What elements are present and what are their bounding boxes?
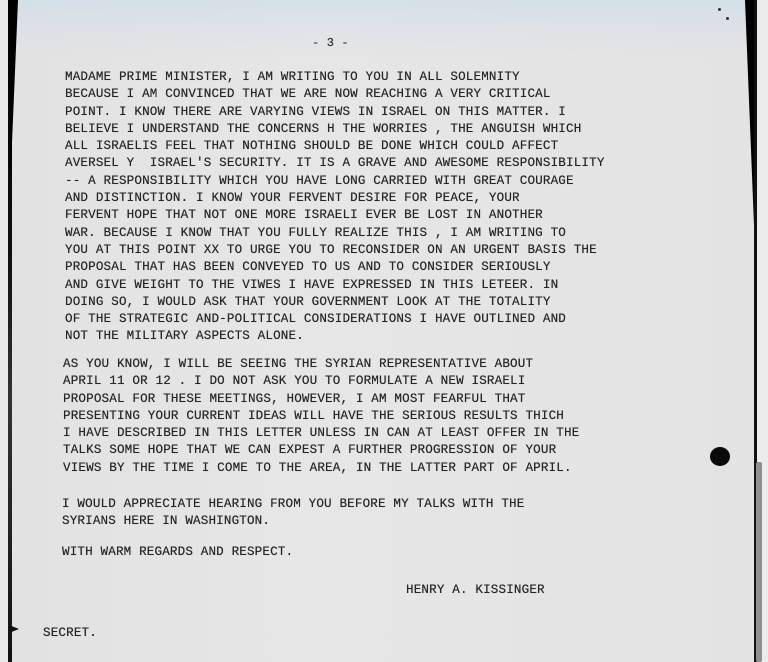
scan-speck xyxy=(718,8,721,11)
text-line: PRESENTING YOUR CURRENT IDEAS WILL HAVE … xyxy=(63,408,579,425)
text-line: WAR. BECAUSE I KNOW THAT YOU FULLY REALI… xyxy=(65,225,605,242)
text-line: BELIEVE I UNDERSTAND THE CONCERNS H THE … xyxy=(65,121,605,138)
text-line: -- A RESPONSIBILITY WHICH YOU HAVE LONG … xyxy=(65,173,605,190)
paragraph-3: I WOULD APPRECIATE HEARING FROM YOU BEFO… xyxy=(62,496,524,531)
hole-punch-mark xyxy=(710,447,730,466)
text-line: AND GIVE WEIGHT TO THE VIWES I HAVE EXPR… xyxy=(65,277,605,294)
paragraph-2: AS YOU KNOW, I WILL BE SEEING THE SYRIAN… xyxy=(63,356,579,477)
margin-tick-mark xyxy=(9,625,19,633)
scrollbar-thumb[interactable] xyxy=(756,462,762,662)
text-line: AND DISTINCTION. I KNOW YOUR FERVENT DES… xyxy=(65,190,605,207)
text-line: PROPOSAL FOR THESE MEETINGS, HOWEVER, I … xyxy=(63,391,579,408)
text-line: FERVENT HOPE THAT NOT ONE MORE ISRAELI E… xyxy=(65,207,605,224)
text-line: MADAME PRIME MINISTER, I AM WRITING TO Y… xyxy=(65,69,605,86)
text-line: APRIL 11 OR 12 . I DO NOT ASK YOU TO FOR… xyxy=(63,373,579,390)
text-line: SYRIANS HERE IN WASHINGTON. xyxy=(62,513,524,530)
text-line: I HAVE DESCRIBED IN THIS LETTER UNLESS I… xyxy=(63,425,579,442)
text-line: PROPOSAL THAT HAS BEEN CONVEYED TO US AN… xyxy=(65,259,605,276)
text-line: AS YOU KNOW, I WILL BE SEEING THE SYRIAN… xyxy=(63,356,579,373)
classification-marking: SECRET. xyxy=(43,626,97,640)
text-line: AVERSEL Y ISRAEL'S SECURITY. IT IS A GRA… xyxy=(65,155,605,172)
text-line: BECAUSE I AM CONVINCED THAT WE ARE NOW R… xyxy=(65,86,605,103)
closing-line: WITH WARM REGARDS AND RESPECT. xyxy=(62,545,293,559)
signature: HENRY A. KISSINGER xyxy=(406,583,545,597)
scan-speck xyxy=(726,17,729,20)
document-viewer: - 3 - MADAME PRIME MINISTER, I AM WRITIN… xyxy=(0,0,768,662)
text-line: NOT THE MILITARY ASPECTS ALONE. xyxy=(65,328,605,345)
paragraph-1: MADAME PRIME MINISTER, I AM WRITING TO Y… xyxy=(65,69,605,346)
text-line: I WOULD APPRECIATE HEARING FROM YOU BEFO… xyxy=(62,496,524,513)
text-line: VIEWS BY THE TIME I COME TO THE AREA, IN… xyxy=(63,460,579,477)
scan-shadow-left xyxy=(10,0,18,190)
text-line: ALL ISRAELIS FEEL THAT NOTHING SHOULD BE… xyxy=(65,138,605,155)
text-line: OF THE STRATEGIC AND-POLITICAL CONSIDERA… xyxy=(65,311,605,328)
text-line: TALKS SOME HOPE THAT WE CAN EXPEST A FUR… xyxy=(63,442,579,459)
text-line: DOING SO, I WOULD ASK THAT YOUR GOVERNME… xyxy=(65,294,605,311)
text-line: YOU AT THIS POINT XX TO URGE YOU TO RECO… xyxy=(65,242,605,259)
text-line: POINT. I KNOW THERE ARE VARYING VIEWS IN… xyxy=(65,104,605,121)
page-number: - 3 - xyxy=(312,36,349,50)
